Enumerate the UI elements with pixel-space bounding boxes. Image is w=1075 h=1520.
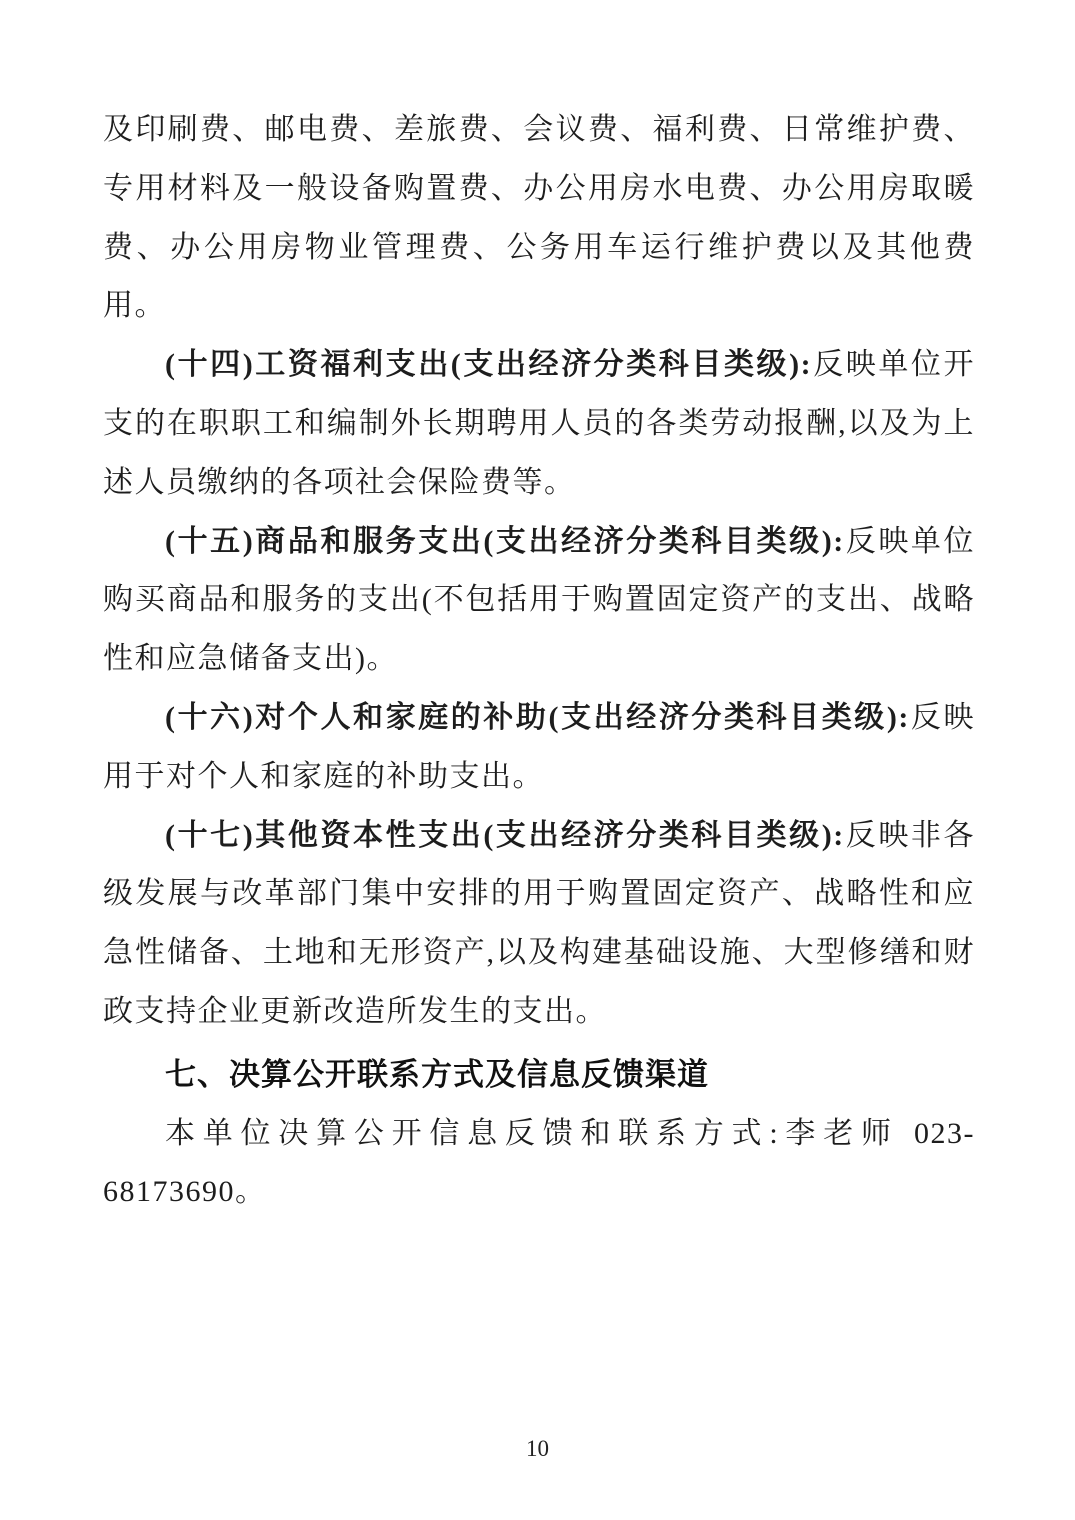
paragraph-item-16: (十六)对个人和家庭的补助(支出经济分类科目类级):反映用于对个人和家庭的补助支…: [103, 689, 975, 807]
document-page: 及印刷费、邮电费、差旅费、会议费、福利费、日常维护费、专用材料及一般设备购置费、…: [0, 0, 1075, 1520]
paragraph-fees-continuation: 及印刷费、邮电费、差旅费、会议费、福利费、日常维护费、专用材料及一般设备购置费、…: [103, 101, 975, 336]
page-number: 10: [0, 1436, 1075, 1462]
item-14-lead: (十四)工资福利支出(支出经济分类科目类级):: [165, 348, 812, 381]
document-body: 及印刷费、邮电费、差旅费、会议费、福利费、日常维护费、专用材料及一般设备购置费、…: [103, 101, 975, 1222]
paragraph-item-15: (十五)商品和服务支出(支出经济分类科目类级):反映单位购买商品和服务的支出(不…: [103, 513, 975, 689]
paragraph-item-14: (十四)工资福利支出(支出经济分类科目类级):反映单位开支的在职职工和编制外长期…: [103, 336, 975, 512]
contact-line: 本单位决算公开信息反馈和联系方式:李老师 023-68173690。: [103, 1105, 975, 1223]
item-16-lead: (十六)对个人和家庭的补助(支出经济分类科目类级):: [165, 701, 910, 734]
section-7-heading: 七、决算公开联系方式及信息反馈渠道: [103, 1046, 975, 1105]
paragraph-item-17: (十七)其他资本性支出(支出经济分类科目类级):反映非各级发展与改革部门集中安排…: [103, 807, 975, 1042]
item-17-lead: (十七)其他资本性支出(支出经济分类科目类级):: [165, 819, 845, 852]
item-15-lead: (十五)商品和服务支出(支出经济分类科目类级):: [165, 525, 845, 558]
